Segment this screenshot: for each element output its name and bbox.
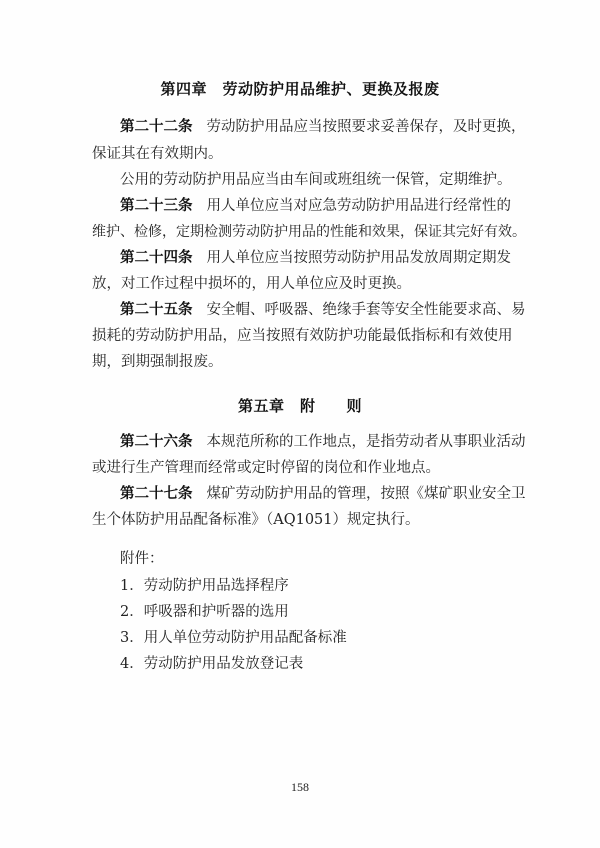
article-27-line-2: 生个体防护用品配备标准》（AQ1051）规定执行。: [92, 511, 510, 529]
article-25-line-1: 第二十五条安全帽、呼吸器、绝缘手套等安全性能要求高、易: [120, 301, 510, 319]
article-22-line-2: 保证其在有效期内。: [92, 145, 510, 163]
attachments-heading: 附件：: [120, 550, 164, 568]
article-23-line-2: 维护、检修，定期检测劳动防护用品的性能和效果，保证其完好有效。: [92, 223, 510, 241]
article-25-line-2: 损耗的劳动防护用品，应当按照有效防护功能最低指标和有效使用: [92, 327, 510, 345]
article-22-line-1: 第二十二条劳动防护用品应当按照要求妥善保存，及时更换，: [120, 118, 510, 136]
article-22-label: 第二十二条: [120, 119, 193, 135]
article-23-label: 第二十三条: [120, 198, 193, 214]
article-26-label: 第二十六条: [120, 434, 193, 450]
attachment-item-2: 2．呼吸器和护听器的选用: [120, 603, 289, 621]
chapter-4-title: 第四章 劳动防护用品维护、更换及报废: [0, 78, 600, 99]
chapter-5-title: 第五章 附 则: [0, 395, 600, 416]
article-24-label: 第二十四条: [120, 250, 193, 266]
article-25-line-3: 期，到期强制报废。: [92, 353, 510, 371]
attachment-item-1: 1．劳动防护用品选择程序: [120, 577, 289, 595]
article-26-line-1: 第二十六条本规范所称的工作地点，是指劳动者从事职业活动: [120, 433, 510, 451]
article-24-line-1: 第二十四条用人单位应当按照劳动防护用品发放周期定期发: [120, 249, 510, 267]
attachment-item-3: 3．用人单位劳动防护用品配备标准: [120, 629, 347, 647]
attachment-item-4: 4．劳动防护用品发放登记表: [120, 655, 303, 673]
paragraph-public-equipment: 公用的劳动防护用品应当由车间或班组统一保管，定期维护。: [120, 171, 510, 189]
article-23-line-1: 第二十三条用人单位应当对应急劳动防护用品进行经常性的: [120, 197, 510, 215]
document-page: 第四章 劳动防护用品维护、更换及报废 第二十二条劳动防护用品应当按照要求妥善保存…: [0, 0, 600, 848]
article-27-label: 第二十七条: [120, 486, 193, 502]
article-26-line-2: 或进行生产管理而经常或定时停留的岗位和作业地点。: [92, 459, 510, 477]
page-number: 158: [0, 780, 600, 795]
article-27-line-1: 第二十七条煤矿劳动防护用品的管理，按照《煤矿职业安全卫: [120, 485, 510, 503]
article-24-line-2: 放，对工作过程中损坏的，用人单位应及时更换。: [92, 275, 510, 293]
article-25-label: 第二十五条: [120, 302, 193, 318]
